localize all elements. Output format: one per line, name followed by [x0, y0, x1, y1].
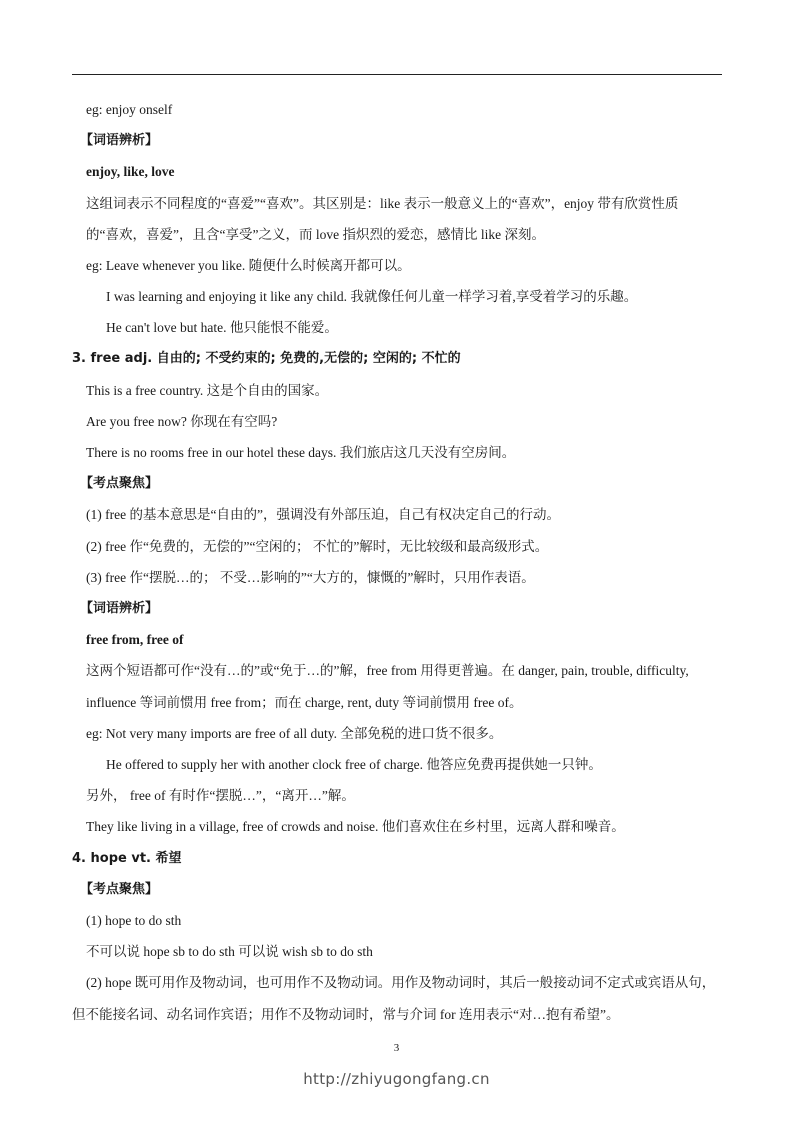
- subheading: free from, free of: [86, 632, 183, 648]
- text-line: He can't love but hate. 他只能恨不能爱。: [106, 320, 338, 336]
- subheading: enjoy, like, love: [86, 164, 175, 180]
- text-line: 这两个短语都可作“没有…的”或“免于…的”解，free from 用得更普遍。在…: [86, 663, 689, 679]
- section-heading: 3. free adj. 自由的; 不受约束的; 免费的,无偿的; 空闲的; 不…: [72, 351, 461, 367]
- text-line: 但不能接名词、动名词作宾语；用作不及物动词时，常与介词 for 连用表示“对…抱…: [72, 1007, 619, 1023]
- text-line: eg: Leave whenever you like. 随便什么时候离开都可以…: [86, 258, 411, 274]
- text-line: He offered to supply her with another cl…: [106, 757, 602, 773]
- text-line: They like living in a village, free of c…: [86, 819, 625, 835]
- text-line: Are you free now? 你现在有空吗?: [86, 414, 277, 430]
- text-line: influence 等词前惯用 free from；而在 charge, ren…: [86, 695, 523, 711]
- section-heading: 【词语辨析】: [80, 601, 158, 617]
- watermark-url: http://zhiyugongfang.cn: [0, 1070, 793, 1088]
- section-heading: 【词语辨析】: [80, 133, 158, 149]
- section-heading: 【考点聚焦】: [80, 882, 158, 898]
- section-heading: 4. hope vt. 希望: [72, 851, 182, 867]
- text-line: (1) hope to do sth: [86, 913, 181, 929]
- text-line: This is a free country. 这是个自由的国家。: [86, 383, 328, 399]
- text-line: eg: enjoy onself: [86, 102, 172, 118]
- text-line: (2) hope 既可用作及物动词，也可用作不及物动词。用作及物动词时，其后一般…: [86, 975, 715, 991]
- header-rule: [72, 74, 722, 75]
- page-number: 3: [0, 1042, 793, 1054]
- text-line: (3) free 作“摆脱…的； 不受…影响的”“大方的，慷慨的”解时，只用作表…: [86, 570, 535, 586]
- text-line: (2) free 作“免费的，无偿的”“空闲的； 不忙的”解时，无比较级和最高级…: [86, 539, 548, 555]
- text-line: 不可以说 hope sb to do sth 可以说 wish sb to do…: [86, 944, 373, 960]
- section-heading: 【考点聚焦】: [80, 476, 158, 492]
- text-line: 另外， free of 有时作“摆脱…”，“离开…”解。: [86, 788, 355, 804]
- text-line: 的“喜欢，喜爱”，且含“享受”之义，而 love 指炽烈的爱恋，感情比 like…: [86, 227, 545, 243]
- text-line: There is no rooms free in our hotel thes…: [86, 445, 515, 461]
- text-line: (1) free 的基本意思是“自由的”，强调没有外部压迫，自己有权决定自己的行…: [86, 507, 560, 523]
- text-line: eg: Not very many imports are free of al…: [86, 726, 502, 742]
- text-line: 这组词表示不同程度的“喜爱”“喜欢”。其区别是：like 表示一般意义上的“喜欢…: [86, 196, 678, 212]
- text-line: I was learning and enjoying it like any …: [106, 289, 637, 305]
